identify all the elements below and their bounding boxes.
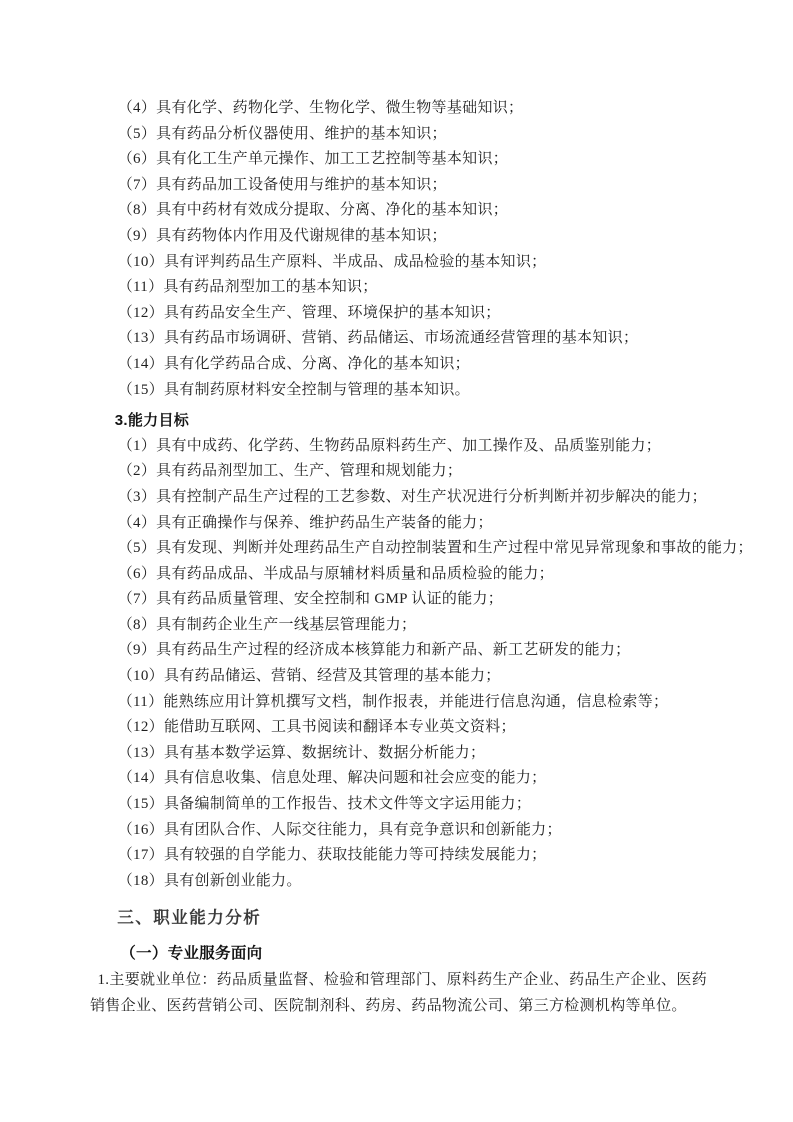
ability-item-8: （8）具有制药企业生产一线基层管理能力； [90,613,707,639]
ability-item-9: （9）具有药品生产过程的经济成本核算能力和新产品、新工艺研发的能力； [90,638,707,664]
knowledge-item-10: （10）具有评判药品生产原料、半成品、成品检验的基本知识； [90,250,707,276]
knowledge-item-11: （11）具有药品剂型加工的基本知识； [90,275,707,301]
ability-item-11: （11）能熟练应用计算机撰写文档，制作报表，并能进行信息沟通，信息检索等； [90,690,707,716]
ability-item-3: （3）具有控制产品生产过程的工艺参数、对生产状况进行分析判断并初步解决的能力； [90,485,707,511]
ability-item-4: （4）具有正确操作与保养、维护药品生产装备的能力； [90,511,707,537]
ability-item-5: （5）具有发现、判断并处理药品生产自动控制装置和生产过程中常见异常现象和事故的能… [90,536,707,562]
document-page: （4）具有化学、药物化学、生物化学、微生物等基础知识； （5）具有药品分析仪器使… [0,0,793,1122]
ability-item-18: （18）具有创新创业能力。 [90,869,707,895]
document-content: （4）具有化学、药物化学、生物化学、微生物等基础知识； （5）具有药品分析仪器使… [90,96,707,1020]
heading-professional-service-orientation: （一）专业服务面向 [90,941,707,967]
knowledge-item-7: （7）具有药品加工设备使用与维护的基本知识； [90,173,707,199]
ability-item-15: （15）具备编制简单的工作报告、技术文件等文字运用能力； [90,792,707,818]
ability-item-6: （6）具有药品成品、半成品与原辅材料质量和品质检验的能力； [90,562,707,588]
ability-item-13: （13）具有基本数学运算、数据统计、数据分析能力； [90,741,707,767]
heading-ability-goals: 3.能力目标 [90,408,707,434]
knowledge-item-6: （6）具有化工生产单元操作、加工工艺控制等基本知识； [90,147,707,173]
ability-item-14: （14）具有信息收集、信息处理、解决问题和社会应变的能力； [90,766,707,792]
knowledge-item-14: （14）具有化学药品合成、分离、净化的基本知识； [90,352,707,378]
knowledge-item-9: （9）具有药物体内作用及代谢规律的基本知识； [90,224,707,250]
knowledge-item-4: （4）具有化学、药物化学、生物化学、微生物等基础知识； [90,96,707,122]
ability-item-2: （2）具有药品剂型加工、生产、管理和规划能力； [90,459,707,485]
knowledge-item-5: （5）具有药品分析仪器使用、维护的基本知识； [90,122,707,148]
ability-item-17: （17）具有较强的自学能力、获取技能能力等可持续发展能力； [90,843,707,869]
knowledge-item-15: （15）具有制药原材料安全控制与管理的基本知识。 [90,378,707,404]
knowledge-item-8: （8）具有中药材有效成分提取、分离、净化的基本知识； [90,198,707,224]
knowledge-item-12: （12）具有药品安全生产、管理、环境保护的基本知识； [90,301,707,327]
ability-item-1: （1）具有中成药、化学药、生物药品原料药生产、加工操作及、品质鉴别能力； [90,434,707,460]
ability-item-12: （12）能借助互联网、工具书阅读和翻译本专业英文资料； [90,715,707,741]
employment-units-paragraph: 1.主要就业单位：药品质量监督、检验和管理部门、原料药生产企业、药品生产企业、医… [90,968,707,1020]
heading-occupational-ability-analysis: 三、职业能力分析 [90,904,707,932]
ability-item-10: （10）具有药品储运、营销、经营及其管理的基本能力； [90,664,707,690]
ability-item-7: （7）具有药品质量管理、安全控制和 GMP 认证的能力； [90,587,707,613]
knowledge-item-13: （13）具有药品市场调研、营销、药品储运、市场流通经营管理的基本知识； [90,326,707,352]
ability-item-16: （16）具有团队合作、人际交往能力，具有竞争意识和创新能力； [90,818,707,844]
